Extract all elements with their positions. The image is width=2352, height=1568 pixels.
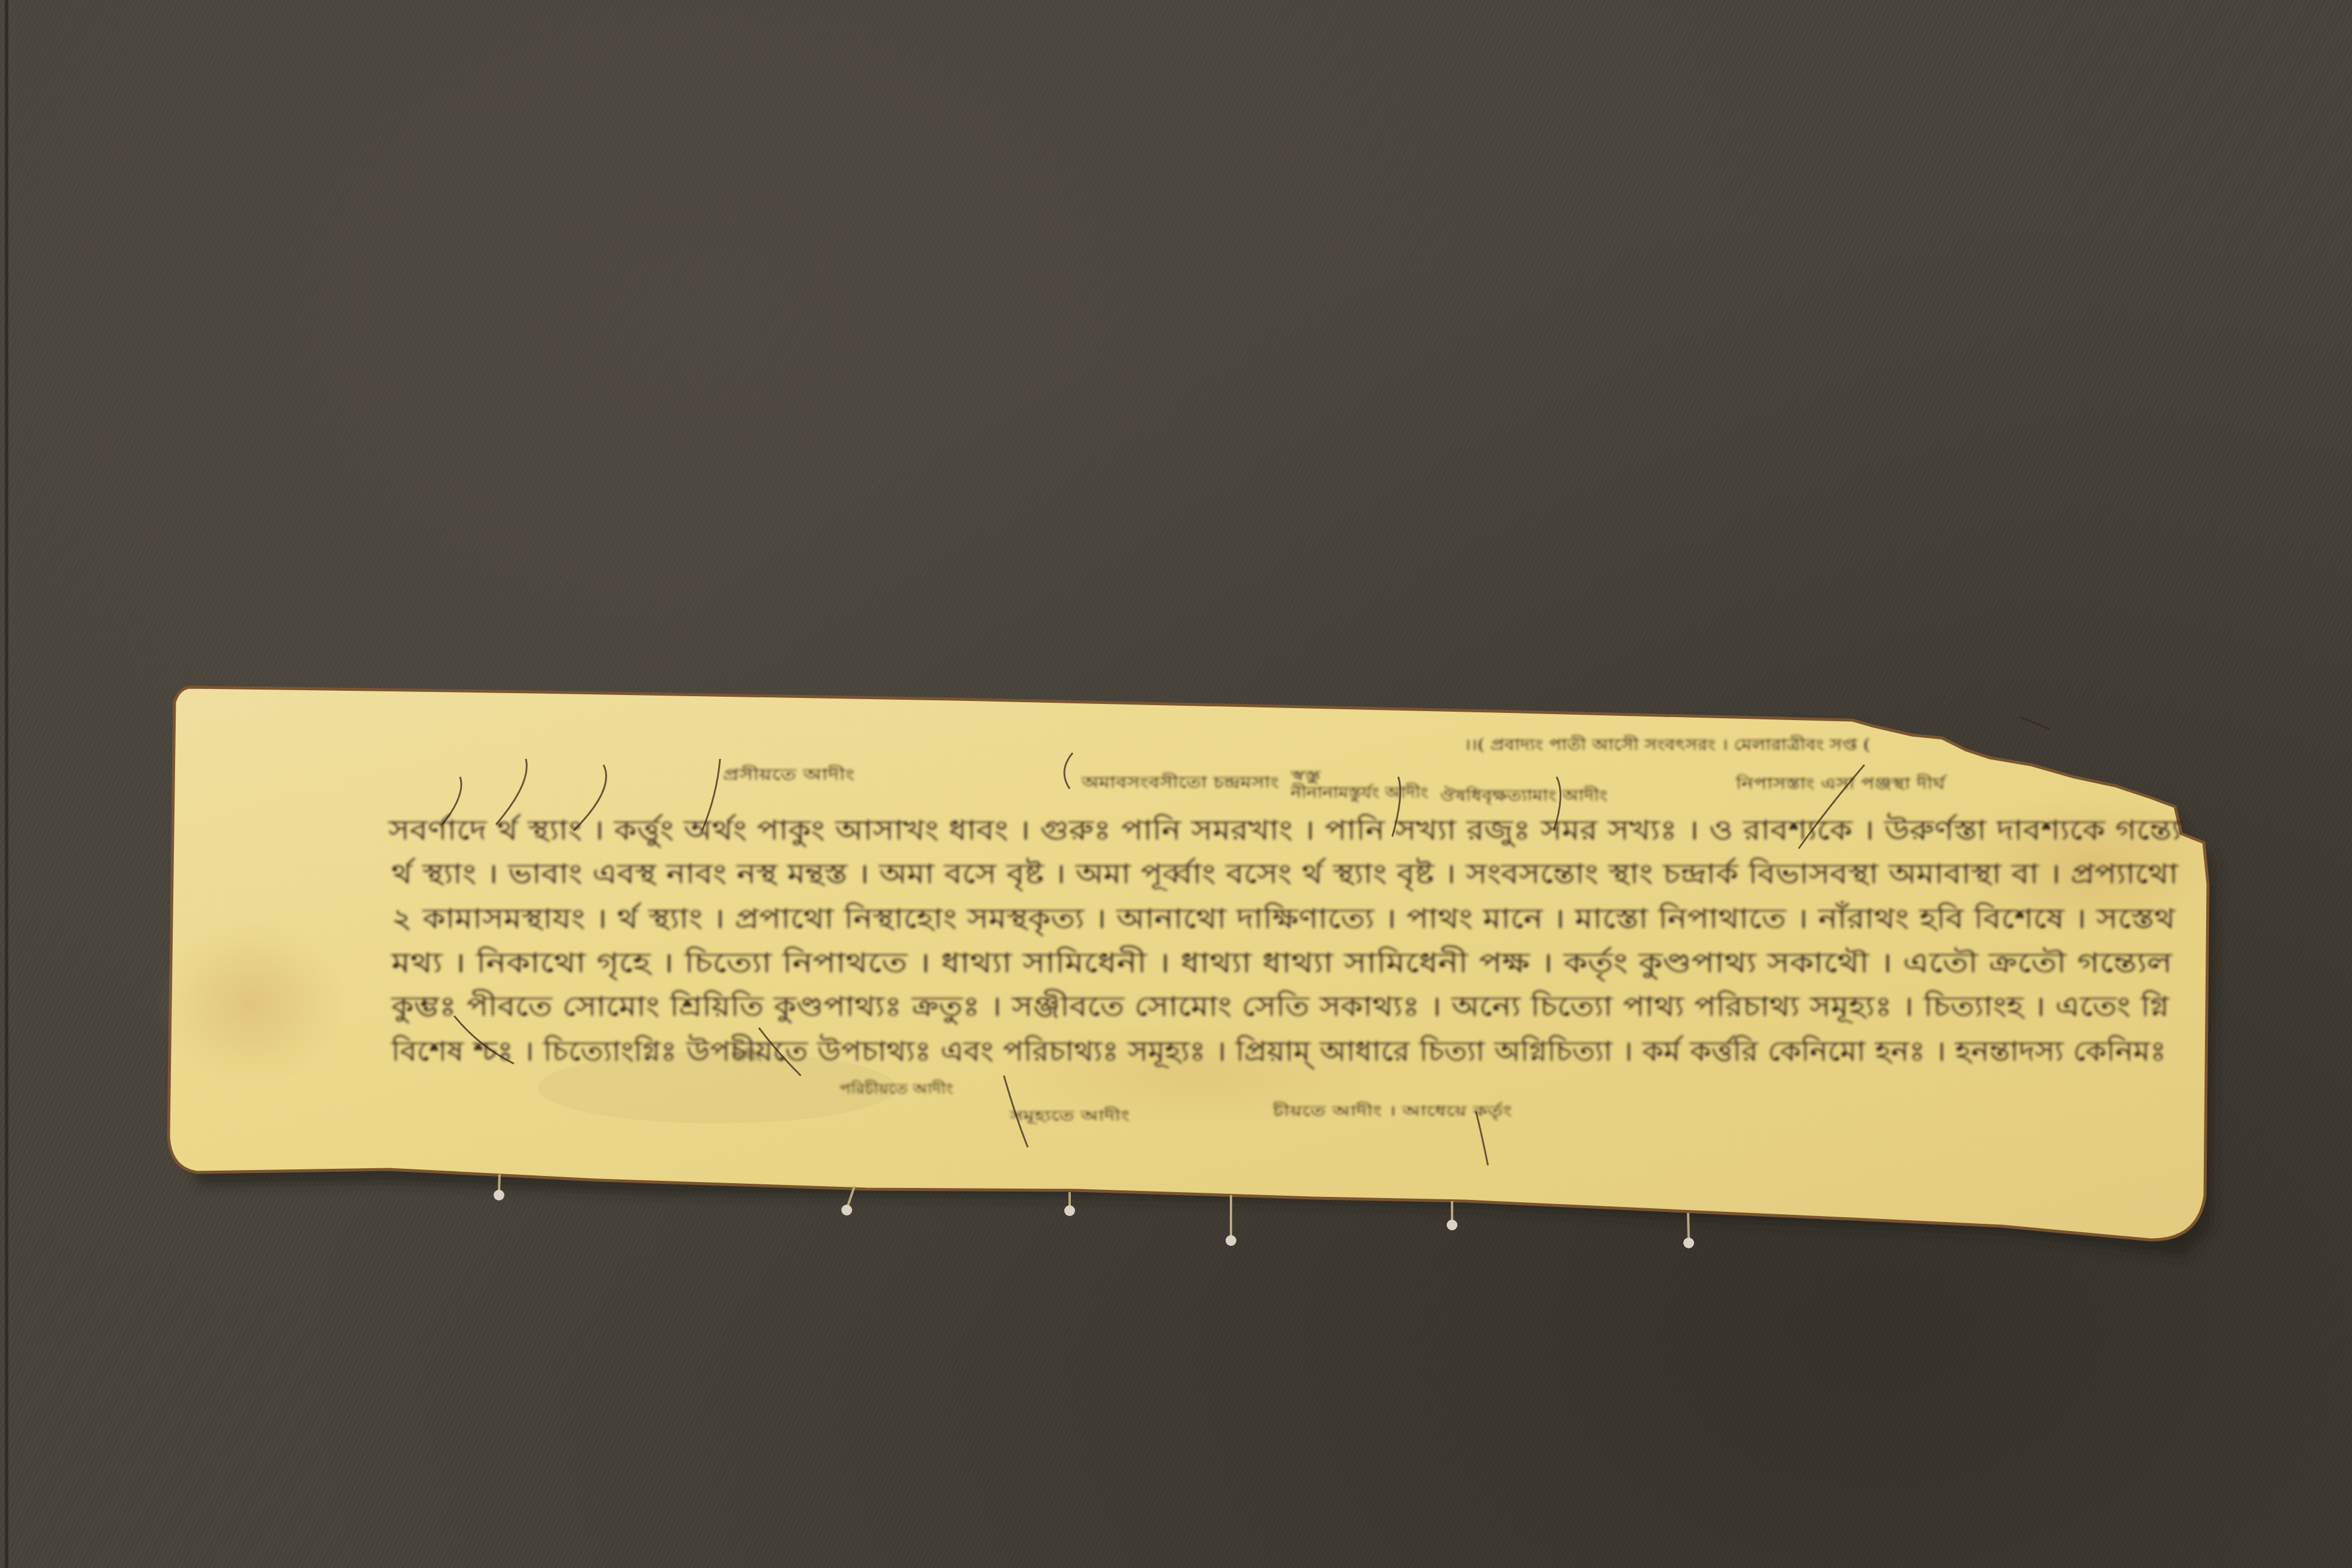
gloss-bottom-3: সমূহ্যতে আদীং — [1009, 1107, 1129, 1124]
pin — [1226, 1195, 1236, 1246]
gloss-top-5: ঔষধিবৃক্ষত্যামাং আদীং — [1440, 786, 1607, 805]
gloss-bottom-1: পাদীং — [732, 1048, 762, 1064]
manuscript-svg: সবর্ণাদে র্থ স্থ্যাং । কর্ত্তুং অর্থং পা… — [0, 0, 2352, 1568]
gloss-top-1: প্রসীয়তে আদীং — [723, 765, 855, 784]
gloss-top-2: অমাবসংবসীতো চন্দ্রমসাং — [1081, 773, 1279, 792]
text-line-6: বিশেষ শ্চঃ । চিত্যোংগ্নিঃ উপচীযতে উপচাথ্… — [391, 1034, 2166, 1070]
gloss-top-6: ।।( প্রবাদ্যং পাতী আসেী সংবৎসরং । মেলারা… — [1464, 735, 1870, 754]
gloss-bottom-4: চীয়তে আদীং । আধেয়ে কর্তৃং — [1272, 1102, 1512, 1120]
text-line-4: মথ্য । নিকাথো গৃহে । চিত্যো নিপাথতে । ধা… — [391, 945, 2173, 982]
gloss-top-3: স্বস্তু — [1290, 768, 1322, 784]
text-line-1: সবর্ণাদে র্থ স্থ্যাং । কর্ত্তুং অর্থং পা… — [388, 813, 2182, 848]
gloss-top-4: নীনানামস্তুর্যং আদীং — [1290, 783, 1428, 803]
stain — [155, 920, 347, 1088]
text-line-5: কুম্ভঃ পীবতে সোমোং শ্রিয়িতি কুণ্ডপাথ্যঃ… — [391, 989, 2170, 1025]
manuscript-photo: সবর্ণাদে র্থ স্থ্যাং । কর্ত্তুং অর্থং পা… — [0, 0, 2352, 1568]
text-line-2: র্থ স্থ্যাং । ভাবাং এবস্থ নাবং নস্থ মন্থ… — [391, 857, 2179, 892]
gloss-bottom-2: পরিচীয়তে আদীং — [840, 1080, 953, 1097]
text-line-3: ২ কামাসমস্থাযং । র্থ স্থ্যাং । প্রপাথো ন… — [391, 901, 2176, 936]
gloss-top-7: নিপাসস্তাং এসা পঞ্জস্থা দীর্ঘ — [1735, 774, 1947, 793]
